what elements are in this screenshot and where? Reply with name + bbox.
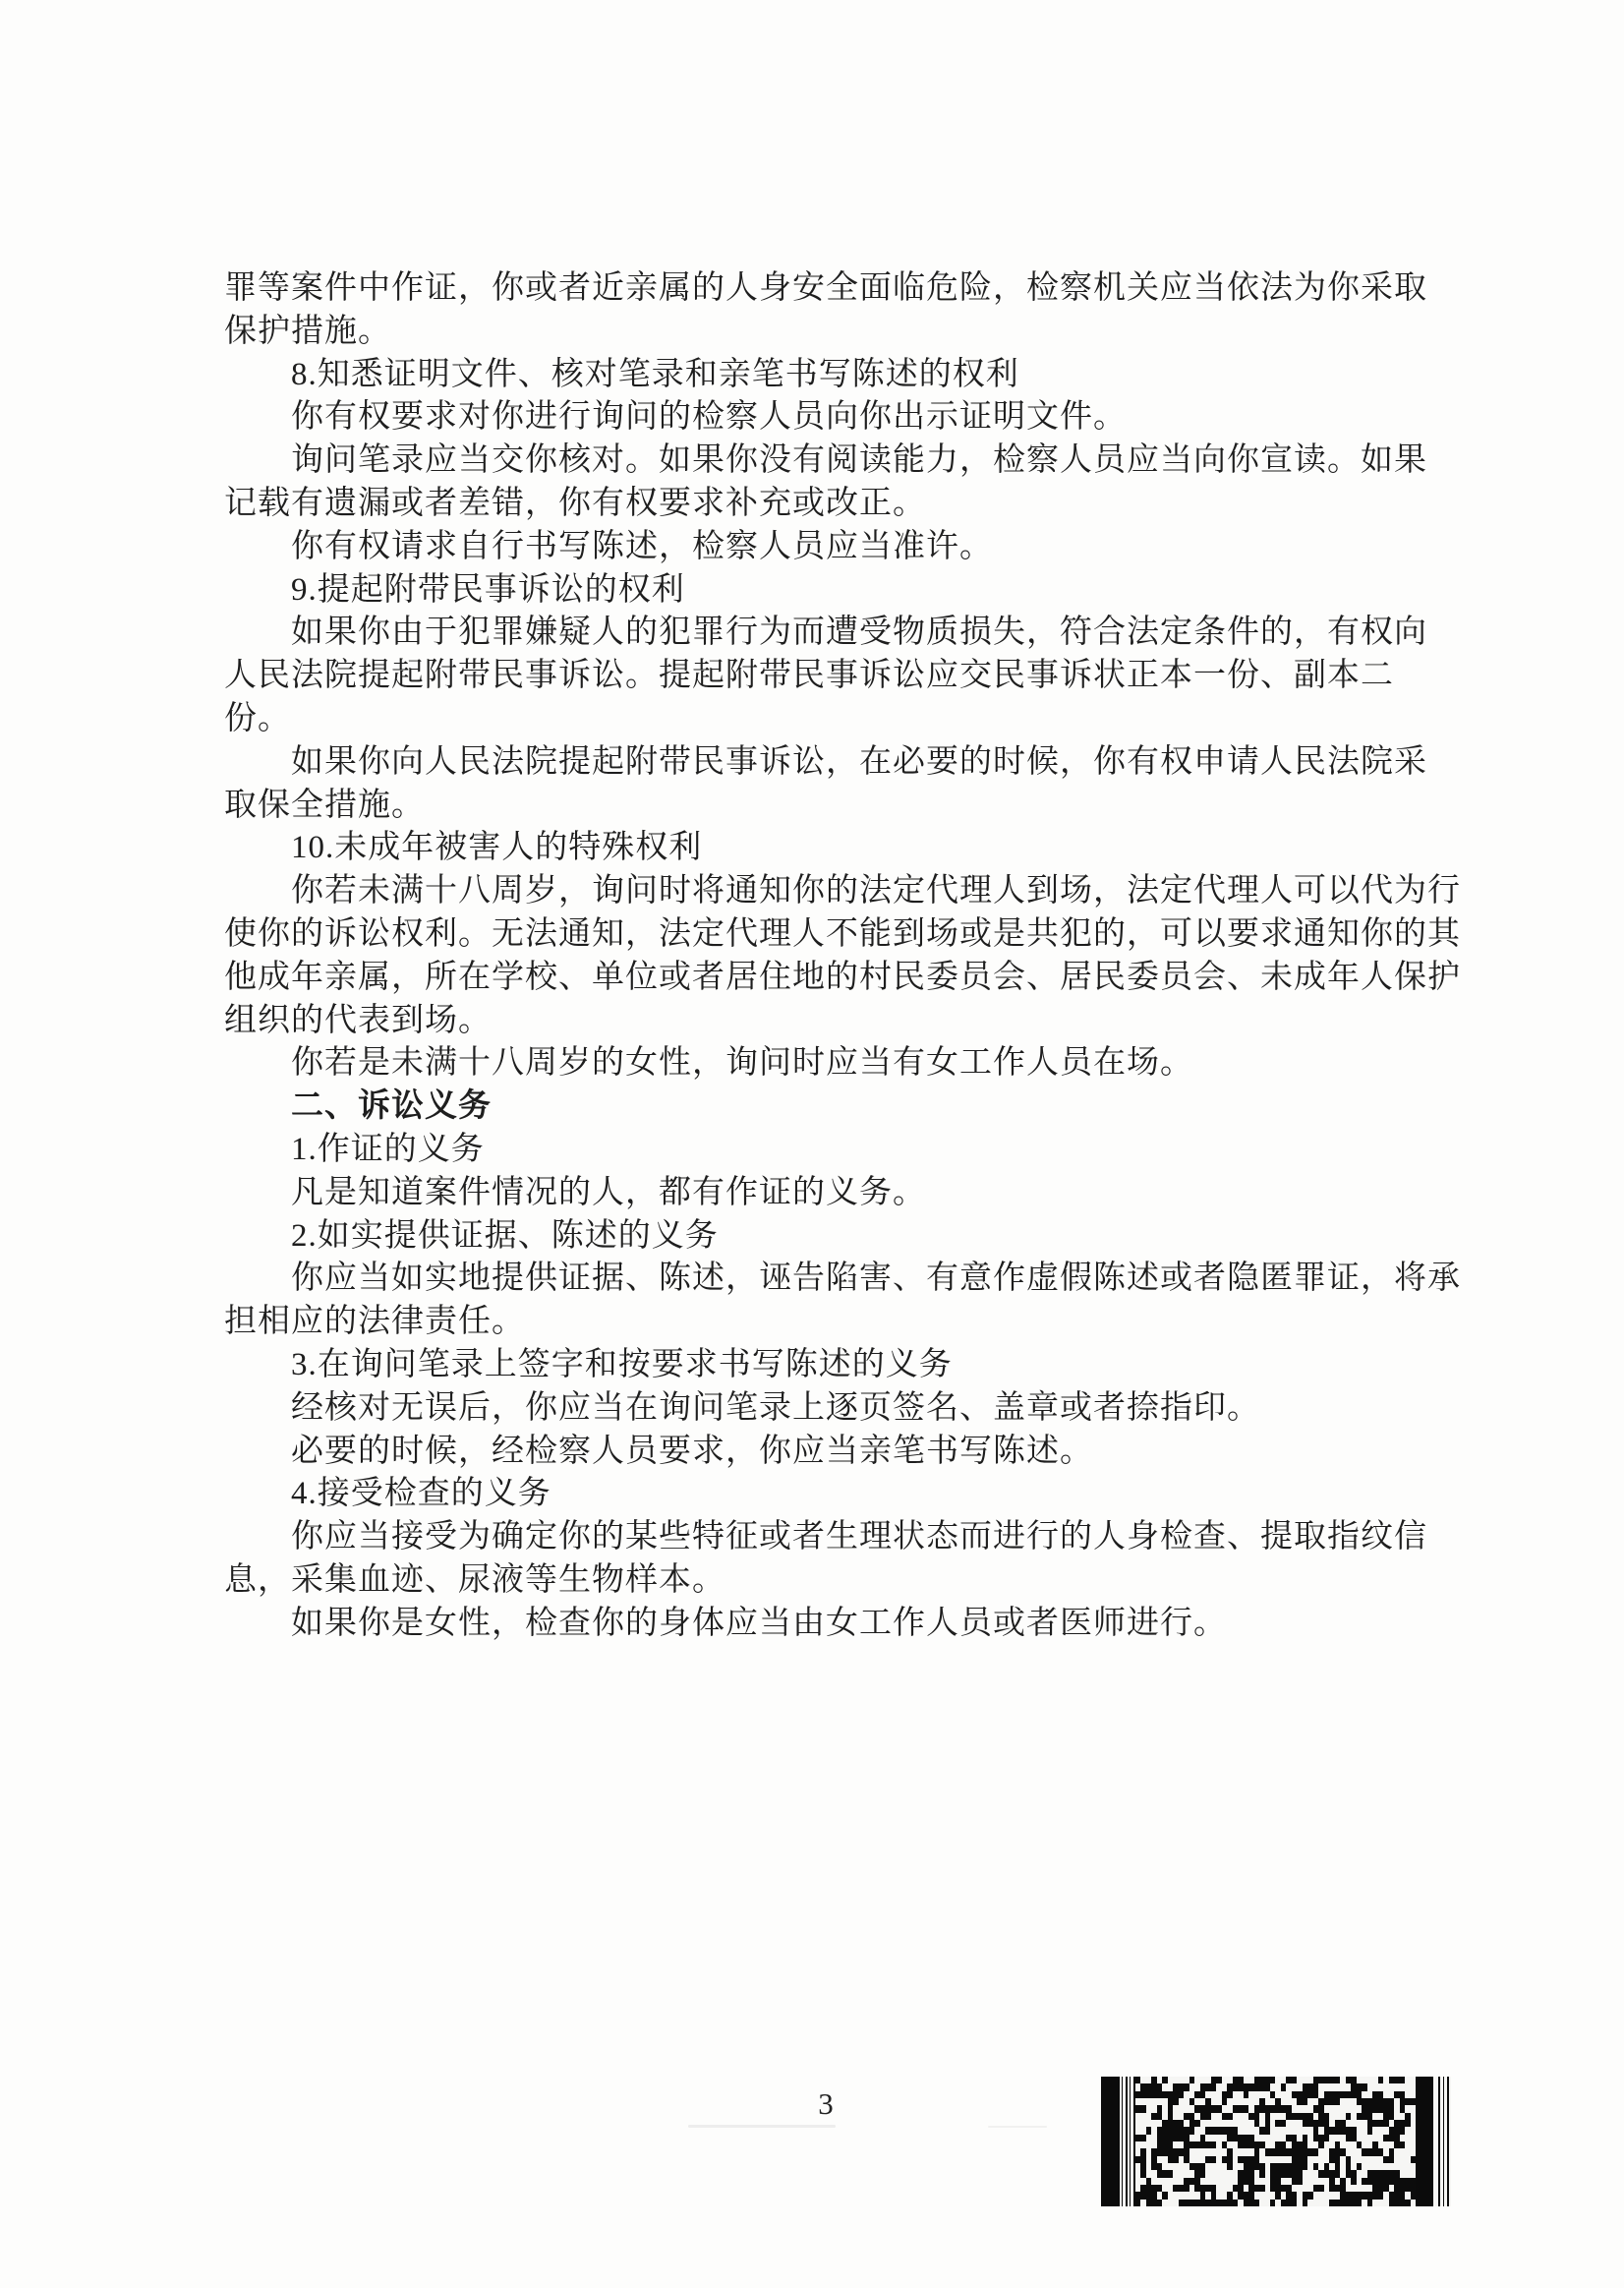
text-line: 你若是未满十八周岁的女性，询问时应当有女工作人员在场。 xyxy=(224,1042,1492,1085)
text-line: 必要的时候，经检察人员要求，你应当亲笔书写陈述。 xyxy=(224,1431,1492,1474)
text-line: 组织的代表到场。 xyxy=(224,1000,1492,1043)
text-line: 罪等案件中作证，你或者近亲属的人身安全面临危险，检察机关应当依法为你采取 xyxy=(224,267,1492,311)
text-line: 9.提起附带民事诉讼的权利 xyxy=(224,569,1492,613)
text-line: 你有权要求对你进行询问的检察人员向你出示证明文件。 xyxy=(224,396,1492,440)
text-line: 记载有遗漏或者差错，你有权要求补充或改正。 xyxy=(224,483,1492,526)
text-line: 询问笔录应当交你核对。如果你没有阅读能力，检察人员应当向你宣读。如果 xyxy=(224,440,1492,483)
text-line: 1.作证的义务 xyxy=(224,1129,1492,1172)
text-line: 你应当如实地提供证据、陈述，诬告陷害、有意作虚假陈述或者隐匿罪证，将承 xyxy=(224,1258,1492,1301)
text-line: 经核对无误后，你应当在询问笔录上逐页签名、盖章或者捺指印。 xyxy=(224,1387,1492,1431)
barcode-stop-pattern xyxy=(1438,2077,1451,2206)
text-line: 人民法院提起附带民事诉讼。提起附带民事诉讼应交民事诉状正本一份、副本二 xyxy=(224,655,1492,698)
text-line: 如果你由于犯罪嫌疑人的犯罪行为而遭受物质损失，符合法定条件的，有权向 xyxy=(224,612,1492,655)
text-line: 8.知悉证明文件、核对笔录和亲笔书写陈述的权利 xyxy=(224,354,1492,397)
text-line: 2.如实提供证据、陈述的义务 xyxy=(224,1215,1492,1259)
barcode-stop-bar xyxy=(1416,2077,1433,2206)
text-line: 担相应的法律责任。 xyxy=(224,1301,1492,1344)
text-line: 使你的诉讼权利。无法通知，法定代理人不能到场或是共犯的，可以要求通知你的其 xyxy=(224,913,1492,957)
text-line: 如果你是女性，检查你的身体应当由女工作人员或者医师进行。 xyxy=(224,1603,1492,1646)
text-line: 二、诉讼义务 xyxy=(224,1085,1492,1129)
text-line: 3.在询问笔录上签字和按要求书写陈述的义务 xyxy=(224,1344,1492,1387)
barcode-data xyxy=(1135,2077,1416,2206)
text-line: 如果你向人民法院提起附带民事诉讼，在必要的时候，你有权申请人民法院采 xyxy=(224,741,1492,785)
barcode-start-bar xyxy=(1101,2077,1118,2206)
text-line: 息，采集血迹、尿液等生物样本。 xyxy=(224,1559,1492,1603)
text-line: 保护措施。 xyxy=(224,311,1492,354)
text-line: 你若未满十八周岁，询问时将通知你的法定代理人到场，法定代理人可以代为行 xyxy=(224,870,1492,913)
page-number: 3 xyxy=(777,2086,875,2122)
text-line: 10.未成年被害人的特殊权利 xyxy=(224,827,1492,870)
scan-smudge xyxy=(988,2126,1047,2128)
document-text: 罪等案件中作证，你或者近亲属的人身安全面临危险，检察机关应当依法为你采取保护措施… xyxy=(224,267,1492,1646)
barcode-start-pattern xyxy=(1118,2077,1135,2206)
text-line: 份。 xyxy=(224,698,1492,741)
scanned-document-page: 罪等案件中作证，你或者近亲属的人身安全面临危险，检察机关应当依法为你采取保护措施… xyxy=(0,0,1624,2288)
text-line: 他成年亲属，所在学校、单位或者居住地的村民委员会、居民委员会、未成年人保护 xyxy=(224,957,1492,1000)
text-line: 取保全措施。 xyxy=(224,785,1492,828)
text-line: 你应当接受为确定你的某些特征或者生理状态而进行的人身检查、提取指纹信 xyxy=(224,1516,1492,1559)
pdf417-barcode-icon xyxy=(1101,2077,1451,2206)
text-line: 4.接受检查的义务 xyxy=(224,1473,1492,1516)
scan-smudge xyxy=(688,2125,836,2128)
text-line: 凡是知道案件情况的人，都有作证的义务。 xyxy=(224,1172,1492,1215)
text-line: 你有权请求自行书写陈述，检察人员应当准许。 xyxy=(224,526,1492,569)
